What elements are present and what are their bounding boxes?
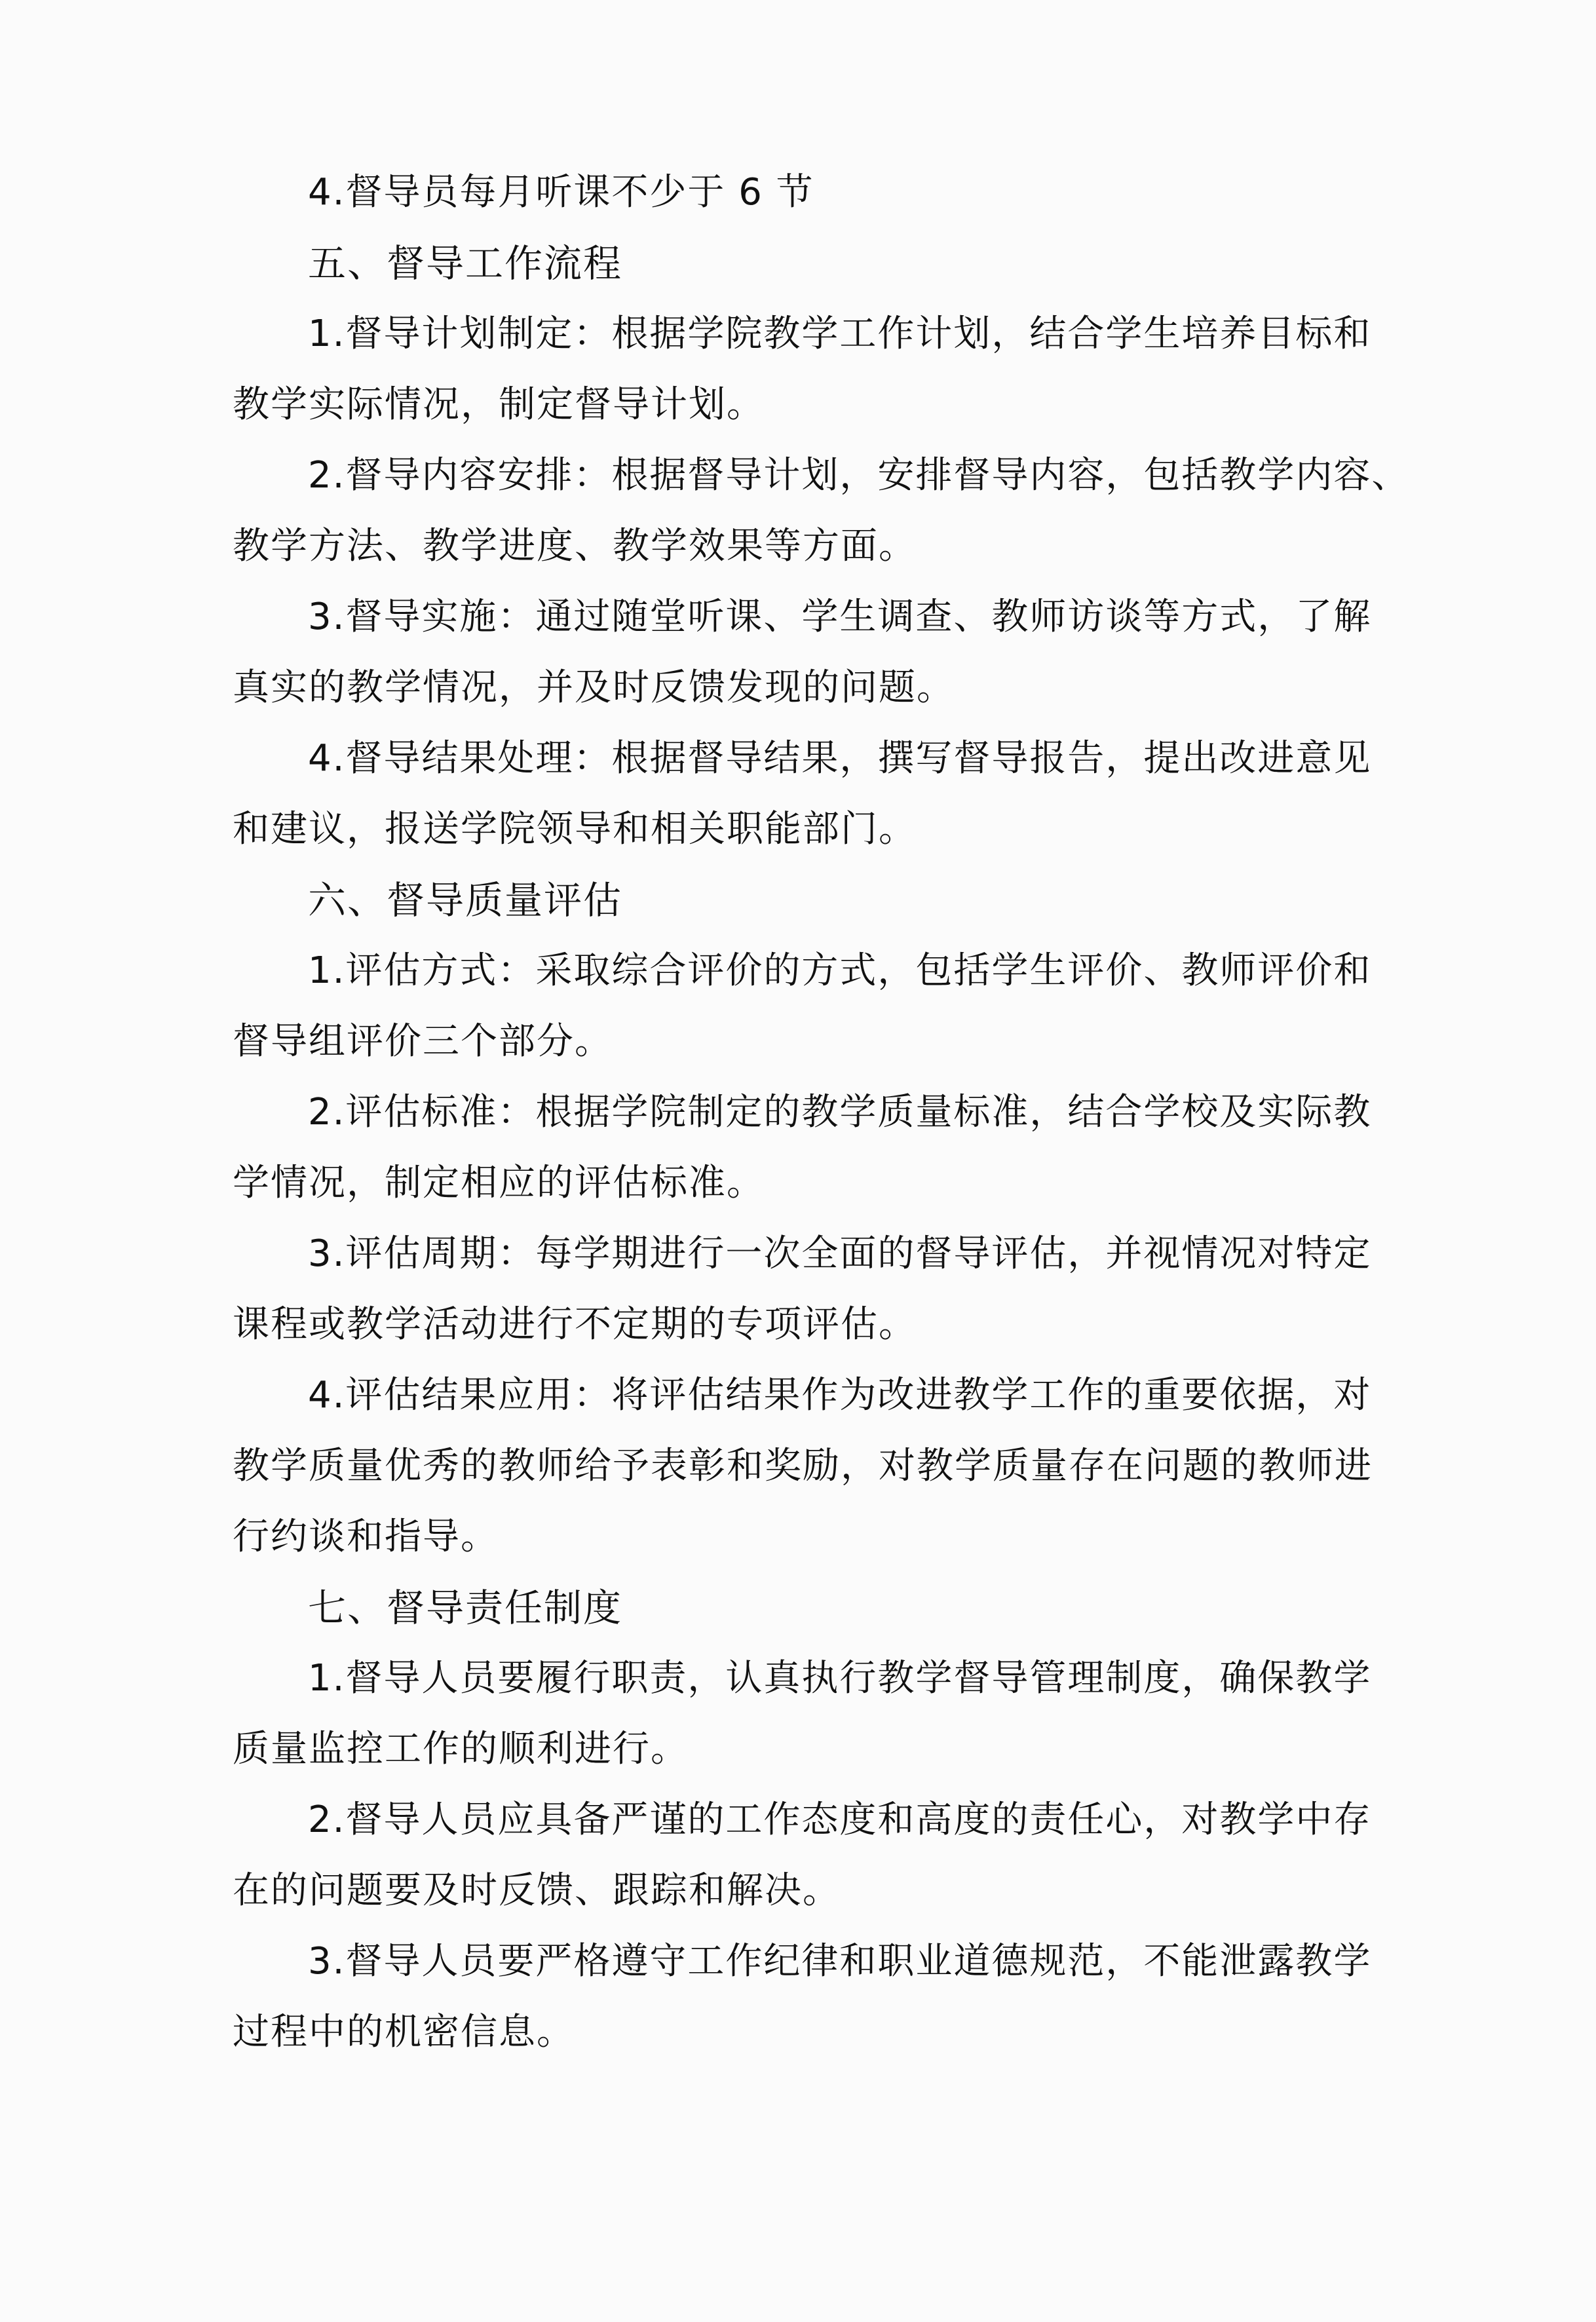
list-item: 3.评估周期：每学期进行一次全面的督导评估，并视情况对特定 (233, 1219, 1373, 1289)
list-item: 1.评估方式：采取综合评价的方式，包括学生评价、教师评价和 (233, 936, 1373, 1006)
list-item-continuation: 过程中的机密信息。 (233, 1997, 1373, 2068)
list-item-continuation: 学情况，制定相应的评估标准。 (233, 1148, 1373, 1219)
list-item: 2.督导人员应具备严谨的工作态度和高度的责任心，对教学中存 (233, 1785, 1373, 1856)
section-heading: 五、督导工作流程 (233, 228, 1373, 299)
list-item: 2.评估标准：根据学院制定的教学质量标准，结合学校及实际教 (233, 1077, 1373, 1148)
list-item: 1.督导计划制定：根据学院教学工作计划，结合学生培养目标和 (233, 299, 1373, 370)
list-item-continuation: 督导组评价三个部分。 (233, 1006, 1373, 1077)
list-item: 4.督导结果处理：根据督导结果，撰写督导报告，提出改进意见 (233, 723, 1373, 794)
list-item: 2.督导内容安排：根据督导计划，安排督导内容，包括教学内容、 (233, 440, 1373, 511)
list-item-continuation: 教学质量优秀的教师给予表彰和奖励，对教学质量存在问题的教师进 (233, 1431, 1373, 1502)
list-item-continuation: 教学方法、教学进度、教学效果等方面。 (233, 511, 1373, 582)
list-item: 4.督导员每月听课不少于 6 节 (233, 157, 1373, 228)
section-heading: 六、督导质量评估 (233, 865, 1373, 936)
list-item-continuation: 质量监控工作的顺利进行。 (233, 1714, 1373, 1785)
list-item-continuation: 课程或教学活动进行不定期的专项评估。 (233, 1289, 1373, 1360)
list-item-continuation: 和建议，报送学院领导和相关职能部门。 (233, 794, 1373, 865)
list-item: 3.督导人员要严格遵守工作纪律和职业道德规范，不能泄露教学 (233, 1926, 1373, 1997)
list-item: 1.督导人员要履行职责，认真执行教学督导管理制度，确保教学 (233, 1643, 1373, 1714)
section-heading: 七、督导责任制度 (233, 1572, 1373, 1643)
list-item: 3.督导实施：通过随堂听课、学生调查、教师访谈等方式，了解 (233, 582, 1373, 653)
list-item-continuation: 在的问题要及时反馈、跟踪和解决。 (233, 1856, 1373, 1926)
list-item-continuation: 行约谈和指导。 (233, 1502, 1373, 1572)
list-item-continuation: 教学实际情况，制定督导计划。 (233, 370, 1373, 440)
list-item: 4.评估结果应用：将评估结果作为改进教学工作的重要依据，对 (233, 1360, 1373, 1431)
document-page: 4.督导员每月听课不少于 6 节 五、督导工作流程 1.督导计划制定：根据学院教… (233, 157, 1373, 2068)
list-item-continuation: 真实的教学情况，并及时反馈发现的问题。 (233, 653, 1373, 723)
